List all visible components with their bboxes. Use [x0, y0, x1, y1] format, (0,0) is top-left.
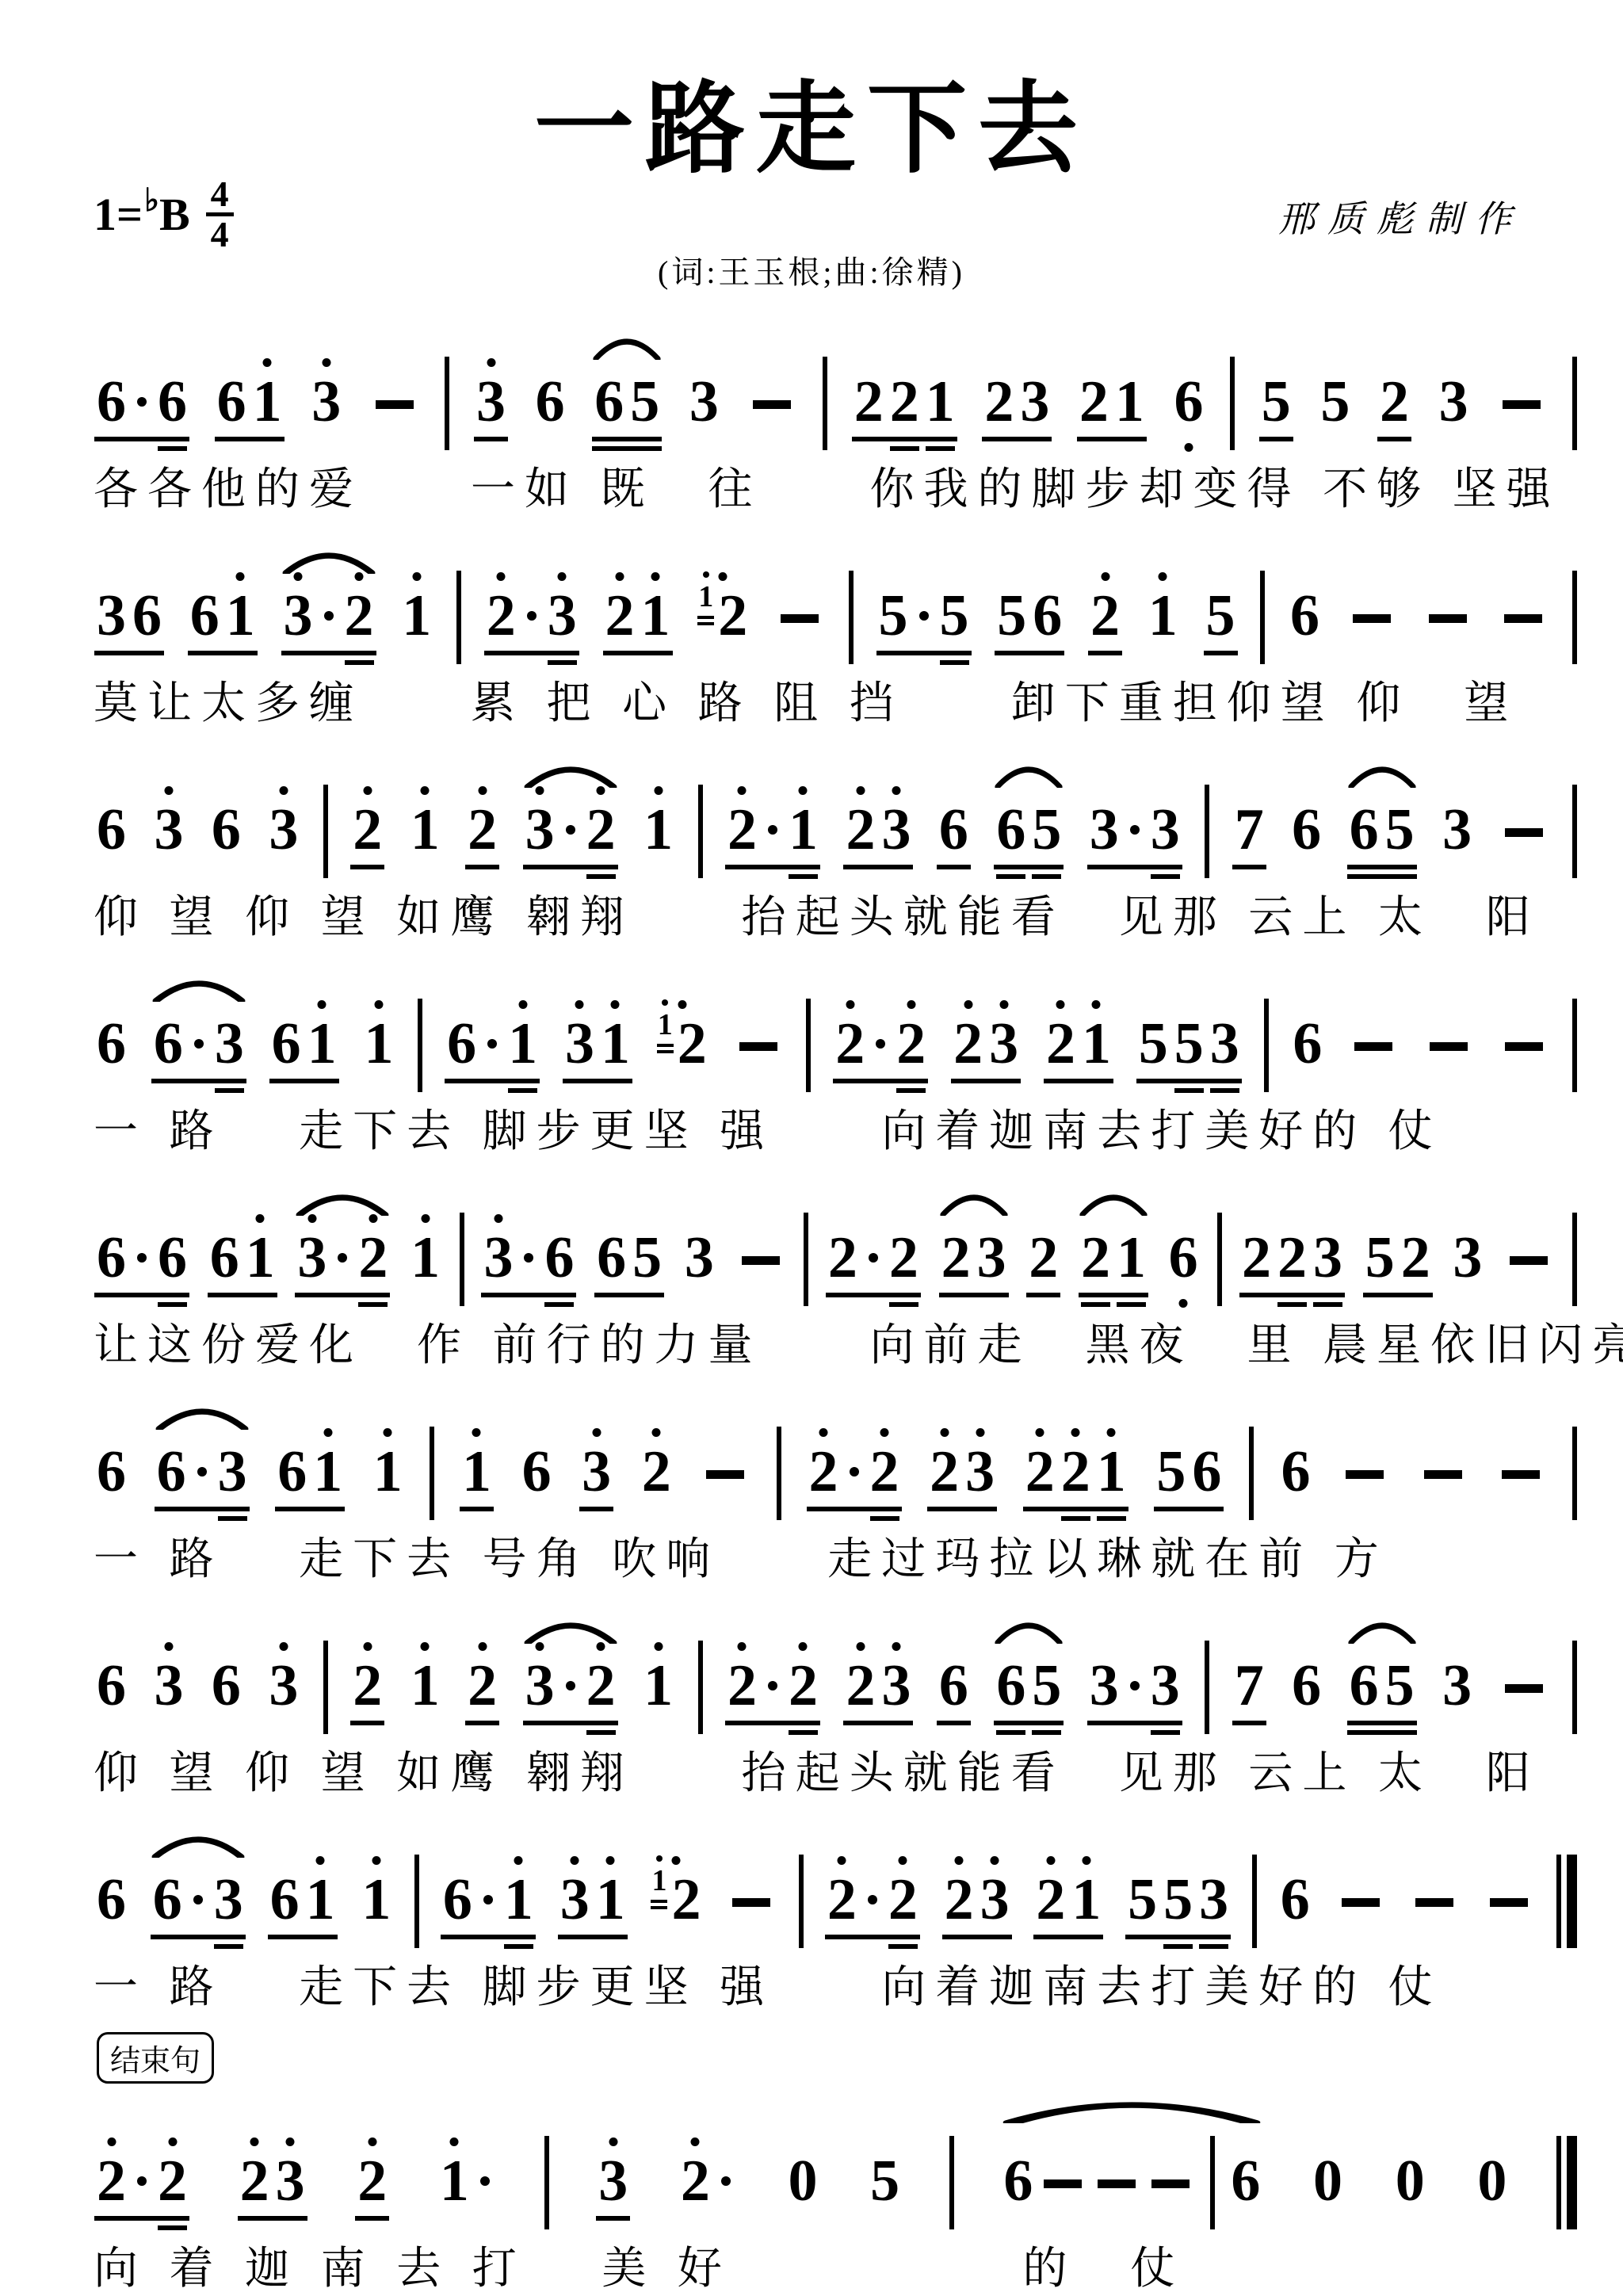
octave-dot-above	[536, 786, 544, 795]
note: 1	[789, 800, 818, 859]
slur-arc	[1348, 1618, 1416, 1644]
note-group: 23	[938, 1184, 1010, 1287]
beam-group: 3	[1436, 372, 1472, 431]
note: 1	[226, 586, 255, 645]
note: 6	[158, 1228, 187, 1287]
barline	[460, 1213, 464, 1306]
octave-dot-above	[374, 1000, 383, 1009]
note: 2	[487, 586, 516, 645]
system-2: 366132123211255562156莫让太多缠 累 把 心 路 阻 挡 卸…	[94, 531, 1577, 745]
note-group: 3	[682, 1184, 717, 1287]
duration-dash	[1424, 1470, 1462, 1479]
sixteenth-beam	[586, 1730, 616, 1735]
note-digit: 2	[345, 583, 374, 648]
note-group: 223	[1239, 1184, 1346, 1287]
beam-group: 2	[1087, 586, 1123, 645]
system-8: 6636116131122223215536一 路 走下去 脚步更坚 强 向着迦…	[94, 1815, 1577, 2029]
note: 2	[642, 1442, 671, 1501]
arranger-credit: 邢质彪制作	[1278, 190, 1524, 243]
octave-dot-above	[654, 1642, 663, 1651]
note-digit: 3	[269, 1653, 298, 1718]
note-digit: 6	[1290, 583, 1319, 648]
barline	[323, 785, 328, 878]
duration-dash	[1430, 1042, 1468, 1051]
sixteenth-beam	[1151, 874, 1180, 879]
note: 1	[411, 1228, 440, 1287]
beam-group: 6	[1289, 1656, 1324, 1715]
note-digit: 6	[544, 1225, 574, 1290]
note-digit: 6	[1003, 2149, 1033, 2214]
beam-group: 1	[407, 1656, 443, 1715]
sixteenth-beam	[158, 446, 187, 451]
note: 5	[1139, 1014, 1168, 1073]
note-digit: 3	[97, 583, 126, 648]
octave-dot-above	[164, 1642, 173, 1651]
note-group: 0	[1310, 2107, 1346, 2210]
beam-group: 0	[785, 2152, 820, 2210]
duration-dash	[1354, 1042, 1392, 1051]
note-group: 52	[1362, 1184, 1434, 1287]
beam-group: 3	[151, 800, 186, 859]
note-group: 56	[1153, 1398, 1224, 1501]
notes-row: 6636116131122223215536	[94, 970, 1577, 1073]
note: 6	[1231, 2152, 1260, 2210]
octave-dot-above	[1071, 1428, 1080, 1437]
note-digit: 2	[1029, 1225, 1058, 1290]
beam-group	[1482, 1898, 1536, 1929]
beam-group: 36	[94, 586, 165, 645]
beam-group: 6	[1289, 800, 1324, 859]
notes-row: 6636116131122223215536	[94, 1826, 1577, 1929]
note-digit: 3	[525, 797, 555, 862]
note-group	[698, 1426, 752, 1501]
sixteenth-beam	[1117, 1302, 1146, 1307]
augmentation-dot	[137, 397, 147, 407]
slur-arc	[152, 976, 246, 1002]
beam-group: 1	[358, 1870, 394, 1929]
slur-arc	[995, 762, 1063, 788]
note-digit: 5	[632, 1225, 662, 1290]
note-digit: 6	[1350, 1653, 1379, 1718]
note-group: 3	[308, 328, 344, 431]
note-group	[1497, 1640, 1551, 1715]
note-digit: 3	[1442, 797, 1472, 862]
note-digit: 1	[1117, 1225, 1146, 1290]
sixteenth-beam	[544, 1302, 574, 1307]
note: 6	[97, 800, 126, 859]
note: 2	[1061, 1442, 1090, 1501]
note-group: 36	[94, 542, 165, 645]
slur-arc	[155, 1404, 249, 1430]
note: 5	[630, 372, 659, 431]
note-group: 63	[150, 1826, 246, 1929]
note-group: 1	[407, 1184, 443, 1287]
note-digit: 6	[277, 1439, 307, 1504]
beam-group: 2	[354, 2152, 390, 2210]
beam-group: 21	[724, 800, 821, 859]
augmentation-dot	[487, 1039, 497, 1049]
note-digit: 2	[605, 583, 635, 648]
sixteenth-beam	[345, 660, 374, 665]
note-digit: 6	[217, 369, 246, 434]
barline	[1210, 2136, 1215, 2229]
beam-group	[734, 1256, 788, 1287]
beam-group: 65	[993, 800, 1064, 859]
note: 2	[1046, 1014, 1075, 1073]
key-signature: 1=♭B 4 4	[94, 176, 234, 253]
sixteenth-beam	[940, 660, 969, 665]
note-group: 2	[464, 1612, 500, 1715]
note: 5	[1385, 800, 1415, 859]
note-group: 32	[294, 1184, 391, 1287]
beam-group: 61	[444, 1014, 540, 1073]
beam-group: 63	[150, 1870, 246, 1929]
note-digit: 3	[1090, 1653, 1119, 1718]
augmentation-dot	[338, 1253, 347, 1263]
beam-group: 23	[842, 800, 914, 859]
note-digit: 6	[939, 797, 968, 862]
note-digit: 2	[827, 1867, 857, 1932]
note-digit: 6	[1169, 1225, 1198, 1290]
note-group: 3	[473, 328, 509, 431]
note-group	[1497, 998, 1551, 1073]
note: 6	[154, 1014, 183, 1073]
note-group: 61	[187, 542, 258, 645]
beam-group: 65	[993, 1656, 1064, 1715]
grace-note: 1	[651, 1866, 666, 1896]
note: 1	[1082, 1014, 1111, 1073]
duration-dash	[376, 400, 414, 409]
note-group: 21	[1078, 1184, 1149, 1287]
duration-dash	[1503, 400, 1541, 409]
beam-group	[1416, 1470, 1470, 1501]
note-digit: 1	[361, 1867, 391, 1932]
beam-group: 12	[655, 1014, 710, 1073]
beam-group: 3	[473, 372, 509, 431]
note: 6	[996, 800, 1025, 859]
note-digit: 6	[154, 1011, 183, 1076]
barline	[1264, 999, 1269, 1092]
beam-group: 6	[94, 1014, 129, 1073]
note-digit: 3	[215, 1011, 244, 1076]
beam-group: 63	[151, 1014, 247, 1073]
lyricist-composer-credit: (词:王玉根;曲:徐精)	[0, 247, 1623, 292]
key-prefix: 1=	[94, 188, 143, 241]
note: 6	[1174, 372, 1204, 431]
octave-dot-above	[892, 786, 900, 795]
note: 12	[658, 1014, 707, 1073]
barline	[799, 1855, 804, 1948]
note: 2	[353, 800, 382, 859]
beam-group: 22	[824, 1870, 921, 1929]
beam-group: 1	[407, 800, 443, 859]
note: 6	[996, 1656, 1025, 1715]
barline	[445, 357, 449, 450]
augmentation-dot	[1130, 825, 1140, 835]
note-group: 23	[842, 756, 914, 859]
sixteenth-beam	[926, 446, 955, 451]
beam-group: 61	[214, 372, 285, 431]
octave-dot-above	[168, 2137, 177, 2146]
note: 0	[1477, 2152, 1507, 2210]
rest-digit: 0	[1313, 2149, 1342, 2214]
note-digit: 1	[411, 1653, 440, 1718]
note-digit: 5	[1206, 583, 1235, 648]
sixteenth-beam	[1163, 1944, 1193, 1949]
beam-group	[1495, 400, 1549, 431]
note: 3	[989, 1014, 1018, 1073]
note-digit: 6	[97, 1867, 126, 1932]
duration-dash	[1151, 2179, 1190, 2188]
notes-row: 636321232121236653376653	[94, 756, 1577, 859]
note-group	[1338, 1426, 1392, 1501]
note-group: 3	[1439, 756, 1475, 859]
augmentation-dot	[483, 1895, 493, 1904]
beam-group	[1407, 1898, 1461, 1929]
octave-dot-above	[662, 999, 668, 1006]
octave-dot-below	[1179, 1299, 1188, 1308]
beam-group	[1497, 828, 1551, 859]
notes-row: 6661336653221232165523	[94, 328, 1577, 431]
note-digit: 5	[1365, 1225, 1395, 1290]
beam-group: 0	[1310, 2152, 1346, 2210]
slur-arc	[524, 1618, 617, 1644]
barline	[698, 1641, 703, 1734]
note-digit: 1	[373, 1439, 403, 1504]
octave-dot-above	[880, 1428, 889, 1437]
note-digit: 1	[411, 797, 440, 862]
note: 2	[1401, 1228, 1430, 1287]
note: 3	[154, 1656, 183, 1715]
note-group	[1407, 1854, 1461, 1929]
note-group: 5	[1258, 328, 1294, 431]
beam-group: 1	[1145, 586, 1181, 645]
note: 5	[1206, 586, 1235, 645]
note: 2	[930, 1442, 959, 1501]
sixteenth-beam	[996, 874, 1025, 879]
note-digit: 5	[630, 369, 659, 434]
note-digit: 1	[596, 1867, 625, 1932]
beam-group	[1497, 1042, 1551, 1073]
beam-group: 6	[94, 1870, 129, 1929]
note: 6	[272, 1014, 301, 1073]
note-digit: 6	[132, 583, 162, 648]
note-group: 21	[1076, 328, 1148, 431]
beam-group: 3	[265, 1656, 301, 1715]
note: 1	[504, 1870, 533, 1929]
note-digit: 2	[1061, 1439, 1090, 1504]
note: 2	[586, 800, 616, 859]
beam-group	[1334, 1898, 1388, 1929]
note-digit: 1	[643, 1653, 673, 1718]
system-7: 636321232122236653376653仰 望 仰 望 如鹰 翱翔 抬起…	[94, 1601, 1577, 1815]
note: 2	[1079, 372, 1109, 431]
note: 2	[854, 372, 884, 431]
note-digit: 2	[930, 1439, 959, 1504]
sheet-music-page: 一路走下去 1=♭B 4 4 邢质彪制作 (词:王玉根;曲:徐精) 666133…	[0, 0, 1623, 2296]
barline	[806, 999, 811, 1092]
beam-group: 7	[1232, 1656, 1267, 1715]
beam-group: 1	[407, 1228, 443, 1287]
octave-dot-above	[1159, 572, 1167, 581]
note: 3	[476, 372, 506, 431]
octave-dot-above	[164, 786, 173, 795]
note-digit: 2	[586, 797, 616, 862]
note: 6	[97, 1228, 126, 1287]
note: 3	[689, 372, 719, 431]
beam-group: 66	[94, 372, 190, 431]
barline	[1572, 357, 1577, 450]
note-digit: 2	[789, 1653, 818, 1718]
beam-group: 56	[994, 586, 1065, 645]
note: 5	[870, 2152, 899, 2210]
beam-group: 36	[480, 1228, 577, 1287]
note: 7	[1235, 800, 1264, 859]
system-5: 66613213665322232216223523让这份爱化 作 前行的力量 …	[94, 1173, 1577, 1387]
note: 3	[598, 2152, 628, 2210]
beam-group: 23	[941, 1870, 1013, 1929]
octave-dot-above	[355, 572, 364, 581]
barline	[804, 1213, 808, 1306]
note-digit: 3	[989, 1011, 1018, 1076]
beam-group	[368, 400, 422, 431]
note-group: 22	[94, 2107, 190, 2210]
octave-dot-above	[256, 1214, 265, 1223]
note-group: 33	[1086, 756, 1183, 859]
note-group: 22	[724, 1612, 821, 1715]
note-digit: 5	[1385, 1653, 1415, 1718]
octave-dot-above	[279, 786, 288, 795]
augmentation-dot	[919, 611, 929, 621]
note-digit: 6	[996, 1653, 1025, 1718]
note: 6	[97, 1870, 126, 1929]
note-group: 6	[1289, 756, 1324, 859]
note-digit: 6	[1281, 1439, 1311, 1504]
note-digit: 3	[598, 2149, 628, 2214]
octave-dot-above	[421, 1642, 430, 1651]
octave-dot-above	[691, 2137, 700, 2146]
beam-group: 61	[187, 586, 258, 645]
barline	[1572, 785, 1577, 878]
barline	[456, 571, 461, 664]
note-digit: 2	[945, 1867, 974, 1932]
note-digit: 2	[358, 1225, 388, 1290]
note: 2	[1081, 1228, 1110, 1287]
note: 2	[953, 1014, 983, 1073]
note-digit: 6	[594, 369, 624, 434]
note: 3	[483, 1228, 513, 1287]
system-1: 6661336653221232165523各各他的爱 一如 既 往 你我的脚步…	[94, 317, 1577, 531]
grace-note: 1	[698, 582, 713, 612]
sixteenth-beam	[1174, 1088, 1204, 1093]
octave-dot-above	[318, 1000, 327, 1009]
augmentation-dot	[876, 1039, 885, 1049]
augmentation-dot	[721, 2176, 731, 2186]
note-group: 6	[1289, 1612, 1324, 1715]
duration-dash	[1353, 614, 1391, 623]
note-group: 61	[444, 970, 540, 1073]
beam-group: 23	[483, 586, 580, 645]
note-group: 32	[522, 756, 619, 859]
octave-dot-above	[738, 1642, 747, 1651]
note-digit: 6	[522, 1439, 552, 1504]
barline	[323, 1641, 328, 1734]
note: 6	[1033, 586, 1062, 645]
note-group	[773, 570, 827, 645]
note-group: 1	[370, 1398, 406, 1501]
octave-dot-above	[514, 1856, 523, 1865]
beam-group: 6	[94, 1656, 129, 1715]
note-group: 12	[655, 970, 710, 1073]
beam-group: 33	[1086, 1656, 1183, 1715]
sixteenth-beam	[508, 1088, 537, 1093]
octave-dot-above	[964, 1000, 972, 1009]
note: 2	[828, 1228, 857, 1287]
notes-row: 366132123211255562156	[94, 542, 1577, 645]
note: 2	[681, 2152, 710, 2210]
sixteenth-beam	[215, 1088, 244, 1093]
duration-dash	[1505, 1684, 1543, 1693]
note-group: 23	[926, 1398, 998, 1501]
note-digit: 3	[525, 1653, 555, 1718]
note-group	[1345, 570, 1399, 645]
beam-group: 6	[94, 1442, 129, 1501]
note: 12	[698, 586, 747, 645]
note-digit: 3	[269, 797, 298, 862]
note: 6	[597, 1228, 626, 1287]
octave-dot-above	[421, 786, 430, 795]
final-barline	[1556, 2136, 1577, 2229]
sixteenth-beam	[158, 1302, 187, 1307]
beam-group	[731, 1042, 785, 1073]
note: 6	[1281, 1870, 1310, 1929]
beam-group: 3	[682, 1228, 717, 1287]
note: 1	[253, 372, 282, 431]
note-group	[1421, 570, 1475, 645]
note-group: 61	[269, 970, 340, 1073]
octave-dot-above	[856, 1642, 865, 1651]
notes-row: 66361116322223221566	[94, 1398, 1577, 1501]
note-group: 65	[993, 1612, 1064, 1715]
note-group: 0	[1474, 2107, 1510, 2210]
augmentation-dot	[193, 1895, 203, 1904]
note-digit: 3	[1151, 1653, 1180, 1718]
augmentation-dot	[527, 611, 537, 621]
beam-group: 6	[1287, 586, 1323, 645]
note: 6	[1003, 2152, 1033, 2210]
beam-group: 1	[640, 800, 676, 859]
duration-dash	[1342, 1898, 1380, 1907]
note-group: 1	[407, 756, 443, 859]
note-digit: 1	[643, 797, 673, 862]
note: 1	[596, 1870, 625, 1929]
beam-group: 22	[825, 1228, 922, 1287]
octave-dot-above	[609, 2137, 617, 2146]
duration-dash	[1044, 2179, 1082, 2188]
octave-dot-above	[412, 572, 421, 581]
note-digit: 2	[487, 583, 516, 648]
octave-dot-above	[1056, 1000, 1065, 1009]
note: 3	[965, 1442, 995, 1501]
note-group: 3	[151, 756, 186, 859]
beam-group: 3	[579, 1442, 614, 1501]
note: 6	[939, 800, 968, 859]
note: 6	[536, 372, 565, 431]
beam-group: 3	[308, 372, 344, 431]
note-digit: 2	[1277, 1225, 1307, 1290]
note-digit: 3	[565, 1011, 594, 1076]
octave-dot-above	[575, 1000, 584, 1009]
